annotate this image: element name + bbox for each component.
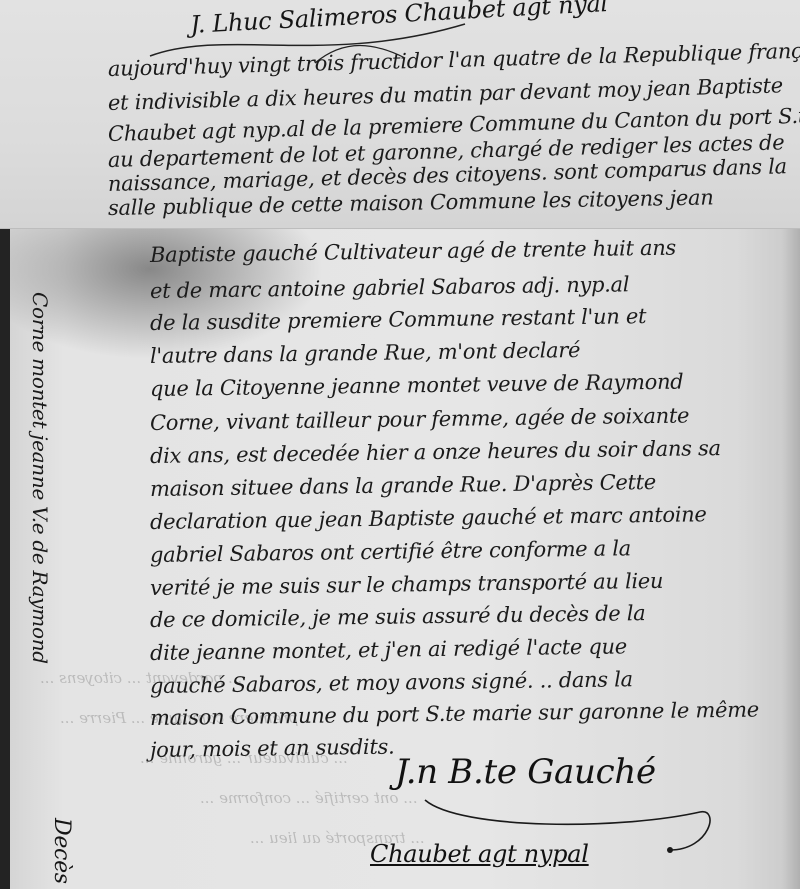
- text-line: jour, mois et an susdits.: [150, 735, 395, 762]
- margin-note: Corne montet jeanne V.e de Raymond: [28, 292, 52, 664]
- margin-deces-label: Decès: [49, 818, 74, 884]
- text-line: aujourd'huy vingt trois fructidor l'an q…: [108, 37, 800, 81]
- binding-edge: [0, 229, 10, 889]
- header-signature: J. Lhuc Salimeros Chaubet agt nyal: [190, 0, 609, 39]
- signature-gauche: J.n B.te Gauché: [395, 752, 656, 792]
- page-edge-shadow: [782, 229, 800, 889]
- signature-chaubet: Chaubet agt nypal: [370, 840, 589, 868]
- document-scan-top: J. Lhuc Salimeros Chaubet agt nyal aujou…: [0, 0, 800, 229]
- bleed-through-text: ... ont certifié ... conforme ...: [200, 789, 418, 807]
